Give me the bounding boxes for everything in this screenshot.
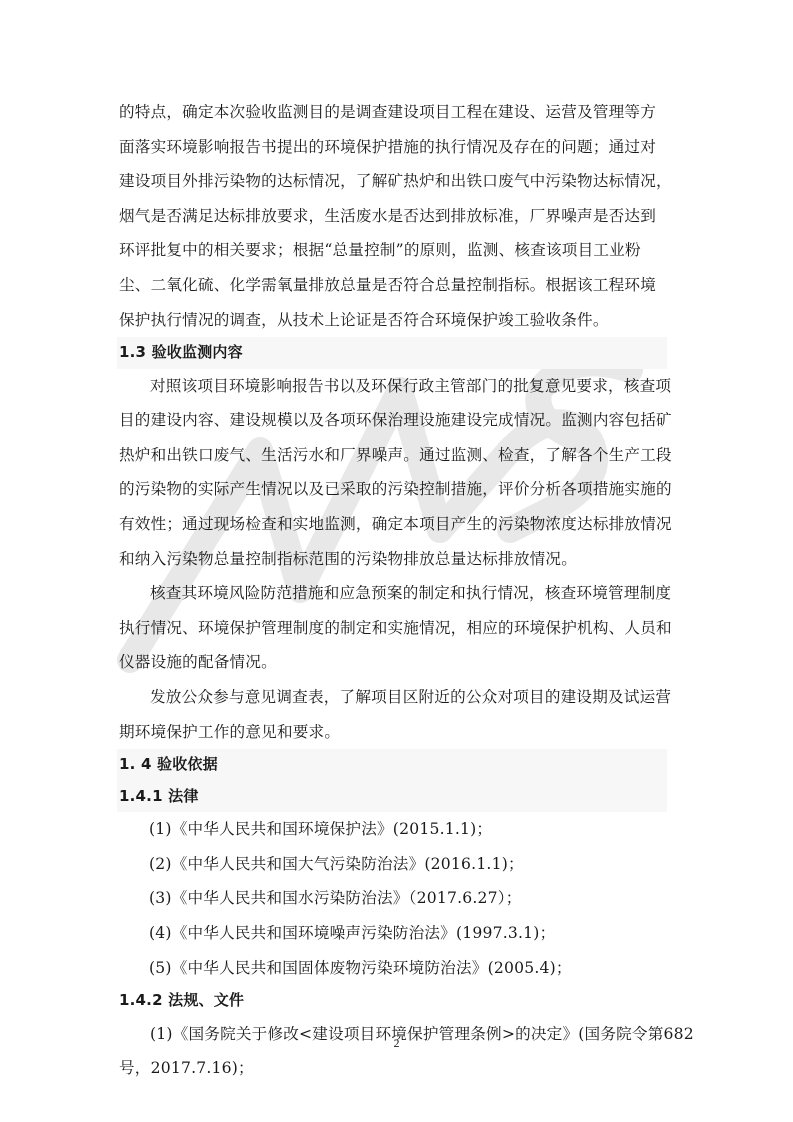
text-line: 核查其环境风险防范措施和应急预案的制定和执行情况，核查环境管理制度 xyxy=(119,576,667,611)
law-list-item: (3)《中华人民共和国水污染防治法》（2017.6.27）； xyxy=(119,881,667,916)
law-list-item: (4)《中华人民共和国环境噪声污染防治法》(1997.3.1)； xyxy=(119,916,667,951)
text-line: 和纳入污染物总量控制指标范围的污染物排放总量达标排放情况。 xyxy=(119,542,667,577)
document-page: 的特点，确定本次验收监测目的是调查建设项目工程在建设、运营及管理等方 面落实环境… xyxy=(0,0,793,1122)
text-line: 有效性；通过现场检查和实地监测，确定本项目产生的污染物浓度达标排放情况 xyxy=(119,507,667,542)
law-list: (1)《中华人民共和国环境保护法》(2015.1.1)； (2)《中华人民共和国… xyxy=(119,812,667,985)
law-list-item: (5)《中华人民共和国固体废物污染环境防治法》(2005.4)； xyxy=(119,951,667,986)
text-line: 环评批复中的相关要求；根据“总量控制”的原则，监测、核查该项目工业粉 xyxy=(119,233,667,268)
text-line: 面落实环境影响报告书提出的环境保护措施的执行情况及存在的问题；通过对 xyxy=(119,130,667,165)
text-line: 保护执行情况的调查，从技术上论证是否符合环境保护竣工验收条件。 xyxy=(119,303,667,338)
text-line: 烟气是否满足达标排放要求，生活废水是否达到排放标准，厂界噪声是否达到 xyxy=(119,199,667,234)
intro-paragraph: 的特点，确定本次验收监测目的是调查建设项目工程在建设、运营及管理等方 面落实环境… xyxy=(119,95,667,337)
regulation-list-item-continuation: 号，2017.7.16)； xyxy=(119,1051,667,1086)
text-line: 仪器设施的配备情况。 xyxy=(119,645,667,680)
law-list-item: (1)《中华人民共和国环境保护法》(2015.1.1)； xyxy=(119,812,667,847)
section-heading-1-3: 1.3 验收监测内容 xyxy=(117,337,667,369)
text-line: 对照该项目环境影响报告书以及环保行政主管部门的批复意见要求，核查项 xyxy=(119,369,667,404)
text-line: 的特点，确定本次验收监测目的是调查建设项目工程在建设、运营及管理等方 xyxy=(119,95,667,130)
subsection-heading-1-4-1: 1.4.1 法律 xyxy=(119,781,667,813)
law-list-item: (2)《中华人民共和国大气污染防治法》(2016.1.1)； xyxy=(119,847,667,882)
text-line: 期环境保护工作的意见和要求。 xyxy=(119,715,667,750)
text-line: 尘、二氧化硫、化学需氧量排放总量是否符合总量控制指标。根据该工程环境 xyxy=(119,268,667,303)
section-heading-band-1-4: 1. 4 验收依据 1.4.1 法律 xyxy=(117,749,667,812)
section-heading-1-4: 1. 4 验收依据 xyxy=(119,749,667,781)
document-body: 的特点，确定本次验收监测目的是调查建设项目工程在建设、运营及管理等方 面落实环境… xyxy=(119,95,667,1086)
text-line: 发放公众参与意见调查表，了解项目区附近的公众对项目的建设期及试运营 xyxy=(119,680,667,715)
text-line: 目的建设内容、建设规模以及各项环保治理设施建设完成情况。监测内容包括矿 xyxy=(119,403,667,438)
text-line: 建设项目外排污染物的达标情况，了解矿热炉和出铁口废气中污染物达标情况， xyxy=(119,164,667,199)
text-line: 热炉和出铁口废气、生活污水和厂界噪声。通过监测、检查，了解各个生产工段 xyxy=(119,438,667,473)
regulation-list: (1)《国务院关于修改<建设项目环境保护管理条例>的决定》(国务院令第682 号… xyxy=(119,1017,667,1086)
text-line: 的污染物的实际产生情况以及已采取的污染控制措施，评价分析各项措施实施的 xyxy=(119,472,667,507)
text-line: 执行情况、环境保护管理制度的制定和实施情况，相应的环境保护机构、人员和 xyxy=(119,611,667,646)
subsection-heading-1-4-2: 1.4.2 法规、文件 xyxy=(119,985,667,1017)
section-1-3-paragraph-2: 核查其环境风险防范措施和应急预案的制定和执行情况，核查环境管理制度 执行情况、环… xyxy=(119,576,667,680)
section-1-3-paragraph-1: 对照该项目环境影响报告书以及环保行政主管部门的批复意见要求，核查项 目的建设内容… xyxy=(119,369,667,577)
section-1-3-paragraph-3: 发放公众参与意见调查表，了解项目区附近的公众对项目的建设期及试运营 期环境保护工… xyxy=(119,680,667,749)
page-number: 2 xyxy=(0,1036,793,1051)
